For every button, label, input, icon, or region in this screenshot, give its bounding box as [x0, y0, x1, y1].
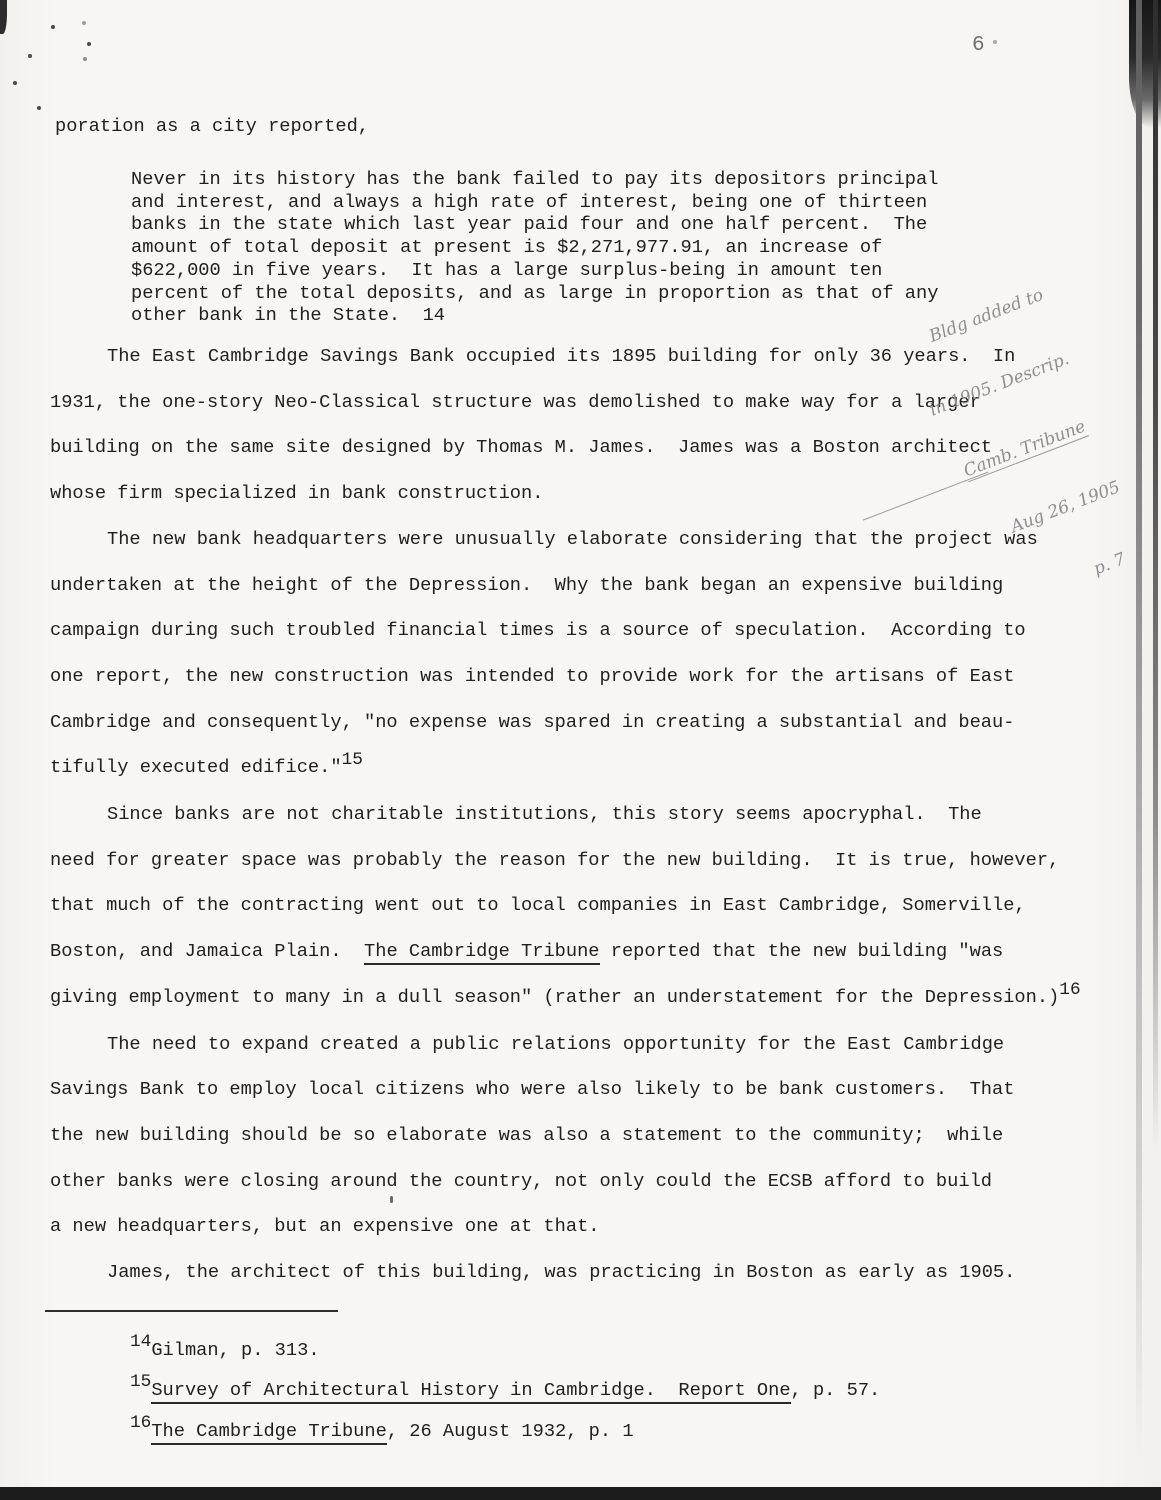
body-line: Boston, and Jamaica Plain. The Cambridge…: [50, 929, 1081, 975]
body-line: undertaken at the height of the Depressi…: [50, 563, 1081, 609]
scan-speck: [87, 42, 91, 46]
underlined-title: The Cambridge Tribune: [364, 940, 600, 965]
annotation-line: Camb. Tribune: [961, 390, 1155, 483]
body-line: the new building should be so elaborate …: [50, 1113, 1081, 1159]
body-line: Since banks are not charitable instituti…: [50, 792, 1081, 838]
body-line: giving employment to many in a dull seas…: [50, 975, 1081, 1022]
footnote-16: 16The Cambridge Tribune, 26 August 1932,…: [130, 1419, 634, 1444]
body-line: Savings Bank to employ local citizens wh…: [50, 1067, 1081, 1113]
footnote-ref-16: 16: [1059, 980, 1080, 1000]
footnote-15: 15Survey of Architectural History in Cam…: [130, 1378, 880, 1403]
blockquote-line: and interest, and always a high rate of …: [131, 191, 938, 214]
body-line: a new headquarters, but an expensive one…: [50, 1204, 1081, 1250]
intro-line: poration as a city reported,: [55, 114, 369, 138]
blockquote-line: percent of the total deposits, and as la…: [131, 282, 938, 305]
scan-speck: [51, 25, 55, 29]
footnote-number: 15: [130, 1372, 151, 1392]
underlined-title: The Cambridge Tribune: [151, 1420, 387, 1445]
scan-speck: [37, 106, 41, 110]
body-line: James, the architect of this building, w…: [50, 1250, 1081, 1296]
scan-speck: [82, 21, 86, 25]
body-text: The East Cambridge Savings Bank occupied…: [50, 334, 1081, 1296]
blockquote-line: banks in the state which last year paid …: [131, 213, 938, 236]
scan-edge-streak: [1136, 0, 1142, 1460]
blockquote-line: $622,000 in five years. It has a large s…: [131, 259, 938, 282]
scan-speck: [13, 81, 17, 85]
footnote-rule: [45, 1310, 338, 1312]
footnote-number: 14: [130, 1332, 151, 1352]
scan-speck: [993, 40, 997, 44]
footnote-ref-15: 15: [342, 750, 363, 770]
blockquote-line: Never in its history has the bank failed…: [131, 168, 938, 191]
body-line: tifully executed edifice."15: [50, 745, 1081, 792]
blockquote: Never in its history has the bank failed…: [131, 168, 938, 327]
annotation-line: Bldg added to: [926, 262, 1105, 349]
scan-speck: [83, 57, 87, 61]
body-line: campaign during such troubled financial …: [50, 608, 1081, 654]
annotation-line: p. 7: [1090, 519, 1161, 581]
document-page: 6 poration as a city reported, Never in …: [0, 0, 1161, 1500]
scan-corner-mark: [0, 0, 7, 34]
body-line: need for greater space was probably the …: [50, 838, 1081, 884]
body-line: whose firm specialized in bank construct…: [50, 471, 1081, 517]
blockquote-line: other bank in the State. 14: [131, 304, 938, 327]
footnote-number: 16: [130, 1413, 151, 1433]
body-line: one report, the new construction was int…: [50, 654, 1081, 700]
body-line: Cambridge and consequently, "no expense …: [50, 700, 1081, 746]
page-number: 6: [972, 34, 985, 57]
blockquote-line: amount of total deposit at present is $2…: [131, 236, 938, 259]
scan-bottom-bar: [0, 1487, 1161, 1500]
underlined-title: Survey of Architectural History in Cambr…: [151, 1379, 790, 1404]
body-line: The need to expand created a public rela…: [50, 1022, 1081, 1068]
body-line: that much of the contracting went out to…: [50, 883, 1081, 929]
body-line: other banks were closing around the coun…: [50, 1159, 1081, 1205]
scan-speck: [28, 54, 32, 58]
footnote-14: 14Gilman, p. 313.: [130, 1338, 320, 1363]
body-line: The new bank headquarters were unusually…: [50, 517, 1081, 563]
annotation-line: Aug 26, 1905: [1008, 455, 1161, 539]
